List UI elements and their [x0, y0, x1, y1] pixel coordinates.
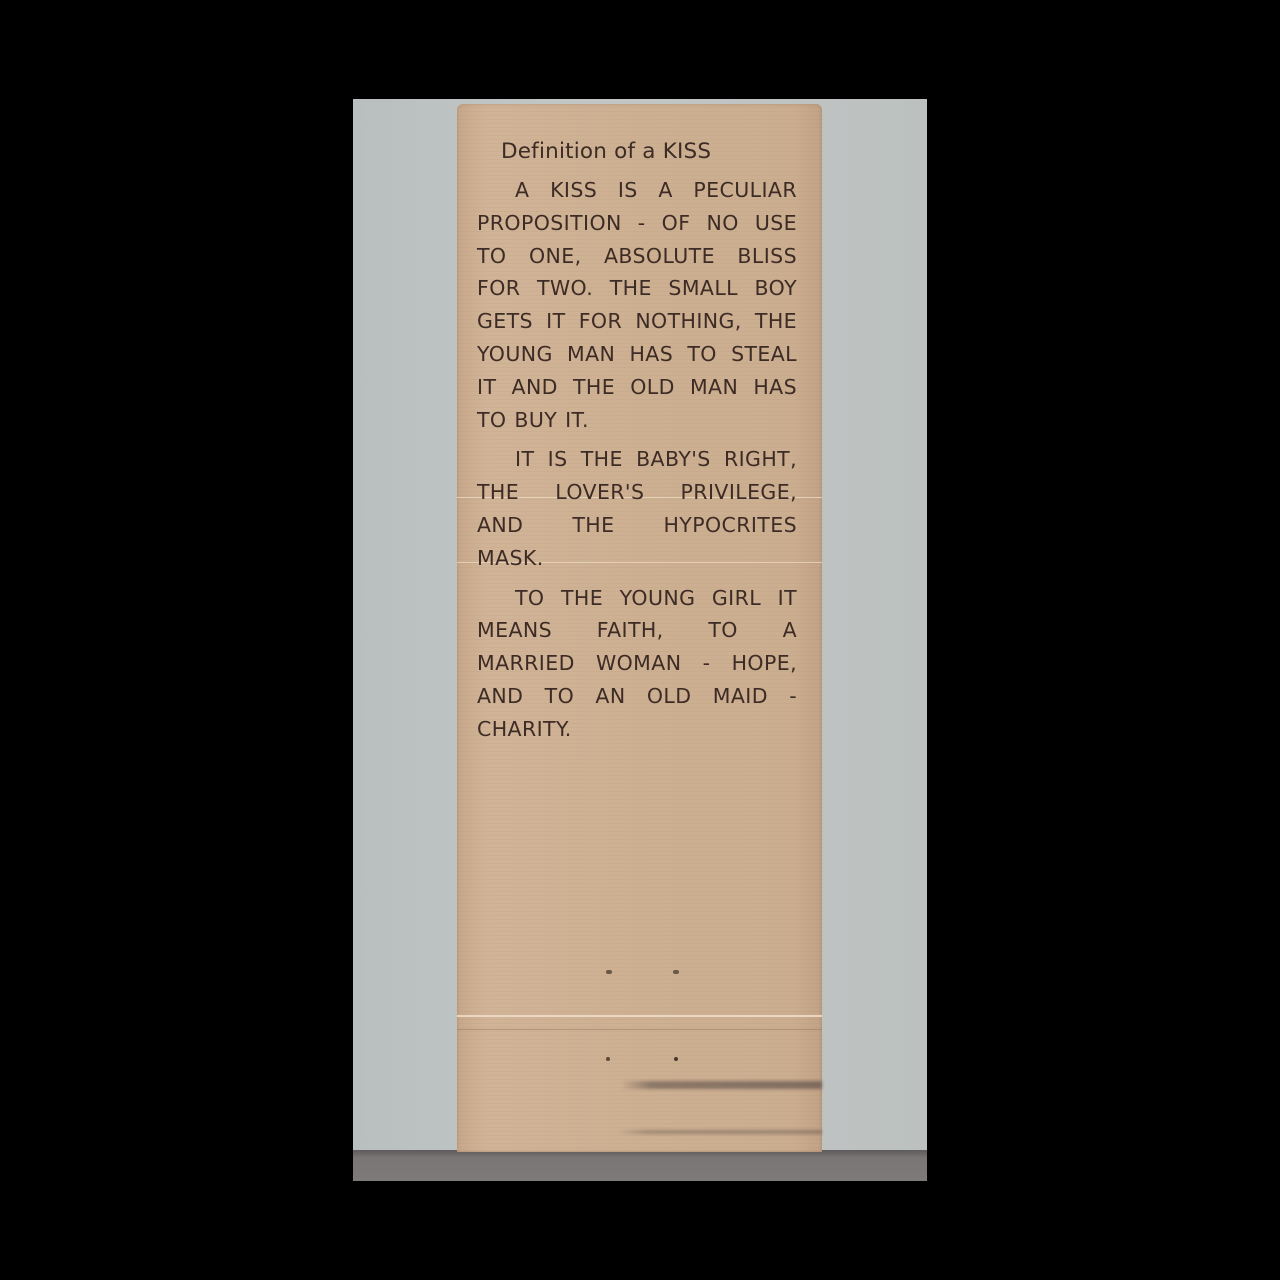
text-line: AND TO AN OLD MAID -	[477, 680, 797, 713]
staple-hole	[673, 970, 679, 974]
striker-fold	[457, 1015, 822, 1017]
text-line: FOR TWO. THE SMALL BOY	[477, 272, 797, 305]
paragraph-2: IT IS THE BABY'S RIGHT, THE LOVER'S PRIV…	[477, 443, 797, 574]
text-line: MEANS FAITH, TO A	[477, 614, 797, 647]
text-line: TO BUY IT.	[477, 404, 797, 437]
text-line: PROPOSITION - OF NO USE	[477, 207, 797, 240]
paragraph-1: A KISS IS A PECULIAR PROPOSITION - OF NO…	[477, 174, 797, 436]
text-line: GETS IT FOR NOTHING, THE	[477, 305, 797, 338]
matchbook-text: Definition of a KISS A KISS IS A PECULIA…	[477, 136, 797, 753]
text-line: IT AND THE OLD MAN HAS	[477, 371, 797, 404]
text-line: TO ONE, ABSOLUTE BLISS	[477, 240, 797, 273]
scanner-bottom-edge	[353, 1150, 927, 1181]
staple-hole	[606, 970, 612, 974]
text-line: CHARITY.	[477, 713, 797, 746]
text-line: TO THE YOUNG GIRL IT	[477, 582, 797, 615]
text-line: YOUNG MAN HAS TO STEAL	[477, 338, 797, 371]
text-line: THE LOVER'S PRIVILEGE,	[477, 476, 797, 509]
striker-strip	[621, 1081, 822, 1089]
staple-hole	[674, 1057, 678, 1061]
striker-fold-shadow	[457, 1029, 822, 1030]
text-line: A KISS IS A PECULIAR	[477, 174, 797, 207]
text-line: MARRIED WOMAN - HOPE,	[477, 647, 797, 680]
striker-strip	[617, 1130, 822, 1134]
document-title: Definition of a KISS	[501, 136, 797, 168]
text-line: MASK.	[477, 542, 797, 575]
text-line: AND THE HYPOCRITES	[477, 509, 797, 542]
paragraph-3: TO THE YOUNG GIRL IT MEANS FAITH, TO A M…	[477, 582, 797, 746]
staple-hole	[606, 1057, 610, 1061]
text-line: IT IS THE BABY'S RIGHT,	[477, 443, 797, 476]
